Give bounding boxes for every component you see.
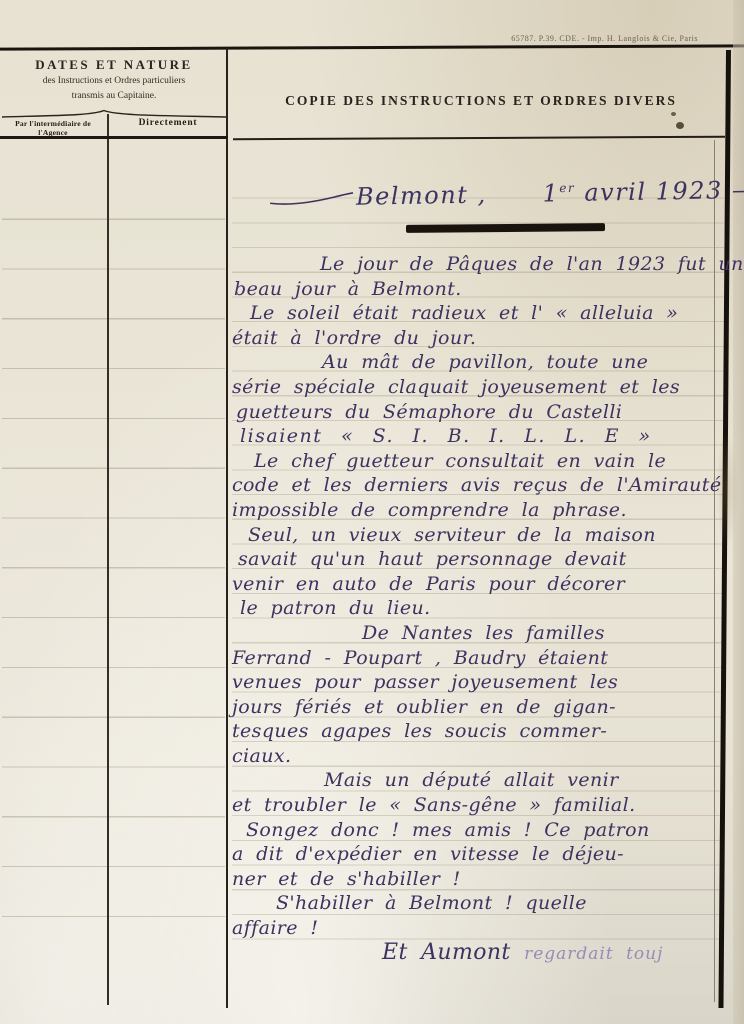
main-header-rule — [233, 136, 725, 141]
manuscript-line: lisaient « S. I. B. I. L. L. E » — [240, 424, 732, 449]
manuscript-line: venues pour passer joyeusement les — [232, 670, 732, 695]
ink-stain-dot-2 — [676, 122, 684, 129]
top-rule — [0, 44, 744, 50]
manuscript-line: Seul, un vieux serviteur de la maison — [248, 523, 732, 548]
manuscript-line: ner et de s'habiller ! — [232, 867, 732, 892]
manuscript-line: ciaux. — [232, 744, 732, 769]
manuscript-line: code et les derniers avis reçus de l'Ami… — [232, 473, 732, 498]
closing-faded-text: regardait touj — [524, 944, 663, 964]
dateline-gap — [487, 201, 543, 202]
direct-column-header: Directement — [108, 118, 228, 128]
manuscript-line: Le soleil était radieux et l' « alleluia… — [250, 301, 732, 326]
printer-imprint: 65787. P.39. CDE. - Imp. H. Langlois & C… — [511, 34, 698, 43]
left-panel-right-vline — [226, 48, 228, 1008]
manuscript-line: beau jour à Belmont. — [234, 277, 732, 302]
dateline-rest: avril 1923 — — [575, 176, 744, 207]
manuscript-line: Songez donc ! mes amis ! Ce patron — [246, 818, 732, 843]
column-headers-underline — [0, 136, 228, 139]
manuscript-line: Mais un député allait venir — [324, 768, 732, 793]
main-header: COPIE DES INSTRUCTIONS ET ORDRES DIVERS — [238, 93, 724, 109]
manuscript-line: a dit d'expédier en vitesse le déjeu- — [232, 842, 732, 867]
manuscript-line: savait qu'un haut personnage devait — [238, 547, 732, 572]
manuscript-line: guetteurs du Sémaphore du Castelli — [236, 400, 732, 425]
manuscript-line: Ferrand - Poupart , Baudry étaient — [232, 646, 732, 671]
left-ruled-lines — [2, 170, 225, 958]
manuscript-closing-line: Et Aumont regardait touj — [382, 941, 732, 966]
closing-text: Et Aumont — [382, 940, 511, 965]
manuscript-line: et troubler le « Sans-gêne » familial. — [232, 793, 732, 818]
dateline-place: Belmont , — [356, 180, 487, 210]
manuscript-line: De Nantes les familles — [362, 621, 732, 646]
left-panel-subtitle-1: des Instructions et Ordres particuliers — [0, 76, 228, 86]
manuscript-line: Le chef guetteur consultait en vain le — [254, 449, 732, 474]
manuscript-line: venir en auto de Paris pour décorer — [232, 572, 732, 597]
dateline-day-suffix: er — [559, 181, 575, 195]
manuscript-line: était à l'ordre du jour. — [232, 326, 732, 351]
left-panel-title: DATES ET NATURE — [0, 57, 228, 73]
manuscript: Le jour de Pâques de l'an 1923 fut un be… — [232, 252, 732, 965]
manuscript-line: série spéciale claquait joyeusement et l… — [232, 375, 732, 400]
flourish-stroke — [268, 189, 354, 206]
left-panel-subtitle-2: transmis au Capitaine. — [0, 91, 228, 101]
manuscript-line: tesques agapes les soucis commer- — [232, 719, 732, 744]
manuscript-line: affaire ! — [232, 916, 732, 941]
manuscript-line: le patron du lieu. — [240, 596, 732, 621]
dateline-day: 1 — [542, 179, 559, 207]
manuscript-line: jours fériés et oublier en de gigan- — [232, 695, 732, 720]
agency-column-header: Par l'intermédiaire de l'Agence — [0, 119, 106, 137]
manuscript-line: impossible de comprendre la phrase. — [232, 498, 732, 523]
logbook-page-scan: 65787. P.39. CDE. - Imp. H. Langlois & C… — [0, 0, 744, 1024]
column-divider-vline — [107, 114, 109, 1005]
manuscript-line: Au mât de pavillon, toute une — [322, 350, 732, 375]
ink-stain-dot-1 — [671, 112, 676, 116]
manuscript-line: Le jour de Pâques de l'an 1923 fut un — [320, 252, 732, 277]
manuscript-line: S'habiller à Belmont ! quelle — [276, 891, 732, 916]
